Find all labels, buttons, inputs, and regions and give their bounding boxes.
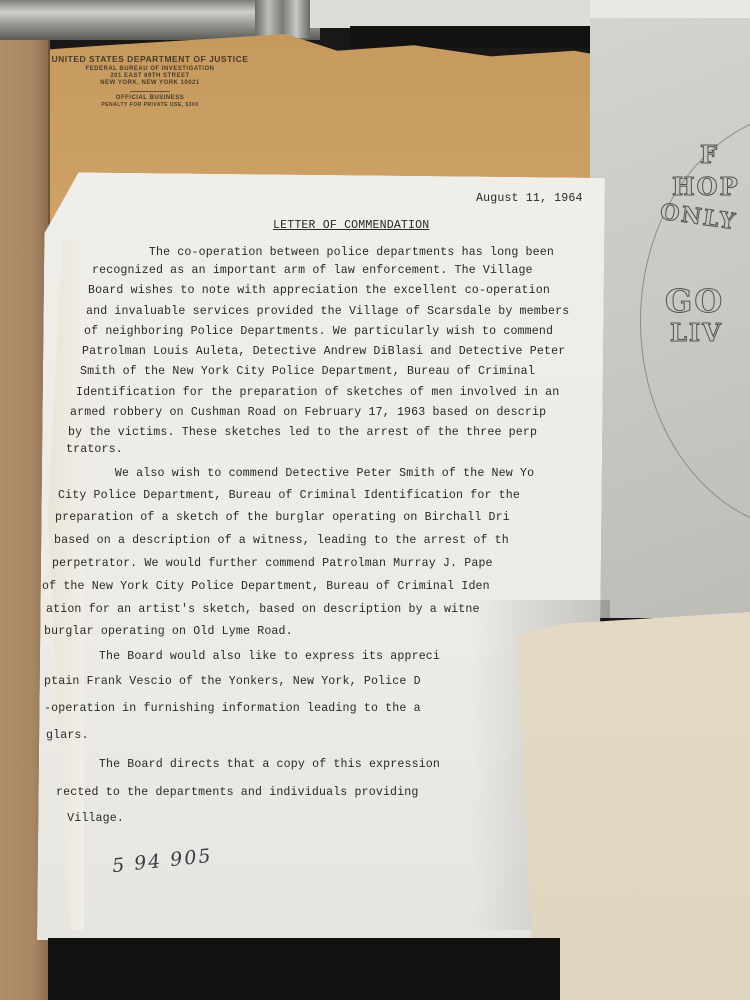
- letter-line: armed robbery on Cushman Road on Februar…: [70, 407, 546, 419]
- letter-line: perpetrator. We would further commend Pa…: [52, 558, 493, 570]
- record-text-line: LIV: [670, 318, 723, 347]
- letter-title: LETTER OF COMMENDATION: [273, 220, 429, 232]
- letter-line: recognized as an important arm of law en…: [92, 265, 533, 277]
- record-text-line: HOP: [672, 172, 740, 201]
- letter-line: burglar operating on Old Lyme Road.: [44, 626, 293, 638]
- letter-date: August 11, 1964: [476, 193, 583, 205]
- envelope-rule: [130, 91, 170, 92]
- letter-line: of the New York City Police Department, …: [42, 581, 490, 593]
- letter-line: by the victims. These sketches led to th…: [68, 427, 537, 439]
- letter-line: ation for an artist's sketch, based on d…: [46, 604, 480, 616]
- letter-line: trators.: [66, 444, 123, 456]
- letter-line: City Police Department, Bureau of Crimin…: [58, 490, 520, 502]
- letter-line: and invaluable services provided the Vil…: [86, 306, 569, 318]
- envelope-street-line: 201 EAST 69TH STREET: [30, 73, 270, 79]
- pipe-joint: [255, 0, 310, 38]
- letter-line: The Board would also like to express its…: [42, 651, 440, 663]
- envelope-city-line: NEW YORK, NEW YORK 10021: [30, 80, 270, 86]
- record-text-line: F: [700, 140, 719, 169]
- letter-line: preparation of a sketch of the burglar o…: [55, 512, 510, 524]
- letter-line: Village.: [60, 813, 124, 825]
- letter-line: The Board directs that a copy of this ex…: [42, 759, 440, 771]
- envelope-return-address: UNITED STATES DEPARTMENT OF JUSTICE FEDE…: [30, 54, 270, 108]
- envelope-official-line: OFFICIAL BUSINESS: [30, 95, 270, 101]
- envelope-penalty-line: PENALTY FOR PRIVATE USE, $300: [30, 102, 270, 108]
- envelope-dept-line: UNITED STATES DEPARTMENT OF JUSTICE: [30, 54, 270, 64]
- letter-line: glars.: [46, 730, 89, 742]
- letter-line: based on a description of a witness, lea…: [54, 535, 509, 547]
- letter-line: -operation in furnishing information lea…: [44, 703, 421, 715]
- letter-line: ptain Frank Vescio of the Yonkers, New Y…: [44, 676, 421, 688]
- letter-line: of neighboring Police Departments. We pa…: [84, 326, 553, 338]
- letter-line: We also wish to commend Detective Peter …: [58, 468, 534, 480]
- letter-line: Patrolman Louis Auleta, Detective Andrew…: [82, 346, 565, 358]
- background-light-area: [310, 0, 610, 28]
- letter-line: Board wishes to note with appreciation t…: [88, 285, 550, 297]
- letter-line: The co-operation between police departme…: [92, 247, 554, 259]
- letter-line: Smith of the New York City Police Depart…: [80, 366, 535, 378]
- dark-surface: [48, 938, 560, 1000]
- letter-line: Identification for the preparation of sk…: [76, 387, 559, 399]
- envelope-bureau-line: FEDERAL BUREAU OF INVESTIGATION: [30, 66, 270, 72]
- record-text-line: GO: [665, 282, 724, 320]
- letter-line: rected to the departments and individual…: [56, 787, 418, 799]
